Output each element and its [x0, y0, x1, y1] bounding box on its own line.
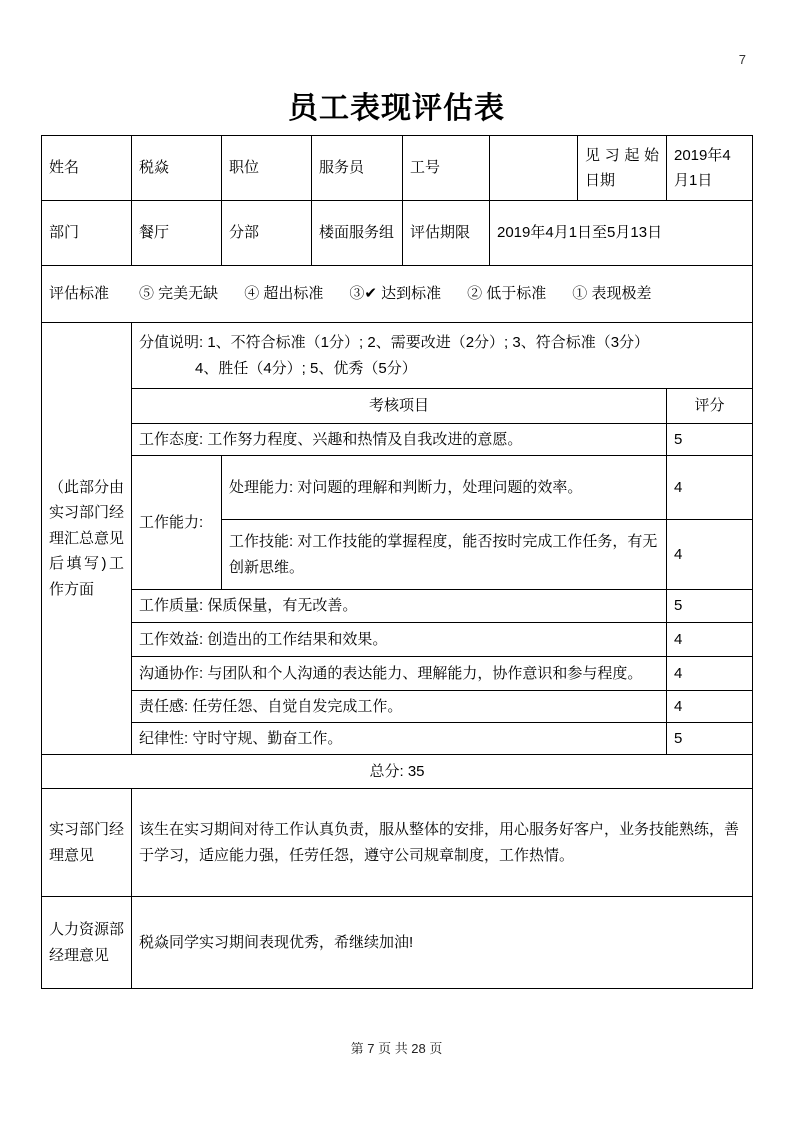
criteria-label: 评估标准	[49, 285, 109, 302]
hr-comment-text: 税焱同学实习期间表现优秀，希继续加油!	[132, 897, 753, 989]
probation-start-value: 2019年4月1日	[667, 136, 753, 201]
name-value: 税焱	[132, 136, 222, 201]
score-note-line1: 分值说明: 1、不符合标准（1分）; 2、需要改进（2分）; 3、符合标准（3分…	[139, 330, 745, 356]
hr-comment-row: 人力资源部经理意见 税焱同学实习期间表现优秀，希继续加油!	[42, 897, 753, 989]
criteria-option-1: ① 表现极差	[572, 285, 651, 302]
branch-label: 分部	[222, 201, 312, 266]
employee-id-label: 工号	[403, 136, 490, 201]
quality-text: 工作质量: 保质保量，有无改善。	[132, 590, 667, 623]
ability-processing-score: 4	[667, 456, 753, 520]
responsibility-row: 责任感: 任劳任怨、自觉自发完成工作。 4	[42, 691, 753, 723]
criteria-option-2: ② 低于标准	[467, 285, 546, 302]
responsibility-text: 责任感: 任劳任怨、自觉自发完成工作。	[132, 691, 667, 723]
section-label: （此部分由实习部门经理汇总意见后填写)工作方面	[42, 323, 132, 755]
ability-skill-score: 4	[667, 520, 753, 590]
page-number: 7	[739, 52, 746, 67]
discipline-row: 纪律性: 守时守规、勤奋工作。 5	[42, 723, 753, 755]
total-score: 总分: 35	[42, 755, 753, 789]
page-footer: 第 7 页 共 28 页	[0, 1038, 793, 1057]
name-label: 姓名	[42, 136, 132, 201]
criteria-cell: 评估标准⑤ 完美无缺④ 超出标准③✔ 达到标准② 低于标准① 表现极差	[42, 266, 753, 323]
employee-id-value	[490, 136, 578, 201]
effectiveness-score: 4	[667, 623, 753, 657]
communication-text: 沟通协作: 与团队和个人沟通的表达能力、理解能力，协作意识和参与程度。	[132, 657, 667, 691]
hr-comment-label: 人力资源部经理意见	[42, 897, 132, 989]
communication-row: 沟通协作: 与团队和个人沟通的表达能力、理解能力，协作意识和参与程度。 4	[42, 657, 753, 691]
manager-comment-row: 实习部门经理意见 该生在实习期间对待工作认真负责，服从整体的安排，用心服务好客户…	[42, 789, 753, 897]
assessment-header-score: 评分	[667, 389, 753, 424]
attitude-score: 5	[667, 424, 753, 456]
ability-processing-row: 工作能力: 处理能力: 对问题的理解和判断力，处理问题的效率。 4	[42, 456, 753, 520]
score-note-line2: 4、胜任（4分）; 5、优秀（5分）	[195, 356, 745, 382]
discipline-text: 纪律性: 守时守规、勤奋工作。	[132, 723, 667, 755]
info-row-1: 姓名 税焱 职位 服务员 工号 见习起始日期 2019年4月1日	[42, 136, 753, 201]
criteria-row: 评估标准⑤ 完美无缺④ 超出标准③✔ 达到标准② 低于标准① 表现极差	[42, 266, 753, 323]
assessment-header-row: 考核项目 评分	[42, 389, 753, 424]
document-title: 员工表现评估表	[0, 83, 793, 127]
total-row: 总分: 35	[42, 755, 753, 789]
department-label: 部门	[42, 201, 132, 266]
effectiveness-text: 工作效益: 创造出的工作结果和效果。	[132, 623, 667, 657]
info-row-2: 部门 餐厅 分部 楼面服务组 评估期限 2019年4月1日至5月13日	[42, 201, 753, 266]
attitude-text: 工作态度: 工作努力程度、兴趣和热情及自我改进的意愿。	[132, 424, 667, 456]
department-value: 餐厅	[132, 201, 222, 266]
criteria-option-3-checked: ③✔ 达到标准	[349, 285, 441, 302]
criteria-option-5: ⑤ 完美无缺	[139, 285, 218, 302]
quality-row: 工作质量: 保质保量，有无改善。 5	[42, 590, 753, 623]
score-note-row: （此部分由实习部门经理汇总意见后填写)工作方面 分值说明: 1、不符合标准（1分…	[42, 323, 753, 389]
quality-score: 5	[667, 590, 753, 623]
branch-value: 楼面服务组	[312, 201, 403, 266]
responsibility-score: 4	[667, 691, 753, 723]
ability-label: 工作能力:	[132, 456, 222, 590]
probation-start-label: 见习起始日期	[578, 136, 667, 201]
communication-score: 4	[667, 657, 753, 691]
evaluation-period-value: 2019年4月1日至5月13日	[490, 201, 753, 266]
assessment-header-item: 考核项目	[132, 389, 667, 424]
position-label: 职位	[222, 136, 312, 201]
evaluation-period-label: 评估期限	[403, 201, 490, 266]
effectiveness-row: 工作效益: 创造出的工作结果和效果。 4	[42, 623, 753, 657]
evaluation-form-table: 姓名 税焱 职位 服务员 工号 见习起始日期 2019年4月1日 部门 餐厅 分…	[41, 135, 753, 989]
position-value: 服务员	[312, 136, 403, 201]
attitude-row: 工作态度: 工作努力程度、兴趣和热情及自我改进的意愿。 5	[42, 424, 753, 456]
manager-comment-label: 实习部门经理意见	[42, 789, 132, 897]
ability-skill-text: 工作技能: 对工作技能的掌握程度，能否按时完成工作任务，有无创新思维。	[222, 520, 667, 590]
document-page: 7 员工表现评估表 姓名 税焱 职位 服务员 工号 见习起始日期 2019年4月…	[0, 0, 793, 1122]
score-note-cell: 分值说明: 1、不符合标准（1分）; 2、需要改进（2分）; 3、符合标准（3分…	[132, 323, 753, 389]
manager-comment-text: 该生在实习期间对待工作认真负责，服从整体的安排，用心服务好客户，业务技能熟练，善…	[132, 789, 753, 897]
discipline-score: 5	[667, 723, 753, 755]
criteria-option-4: ④ 超出标准	[244, 285, 323, 302]
ability-processing-text: 处理能力: 对问题的理解和判断力，处理问题的效率。	[222, 456, 667, 520]
